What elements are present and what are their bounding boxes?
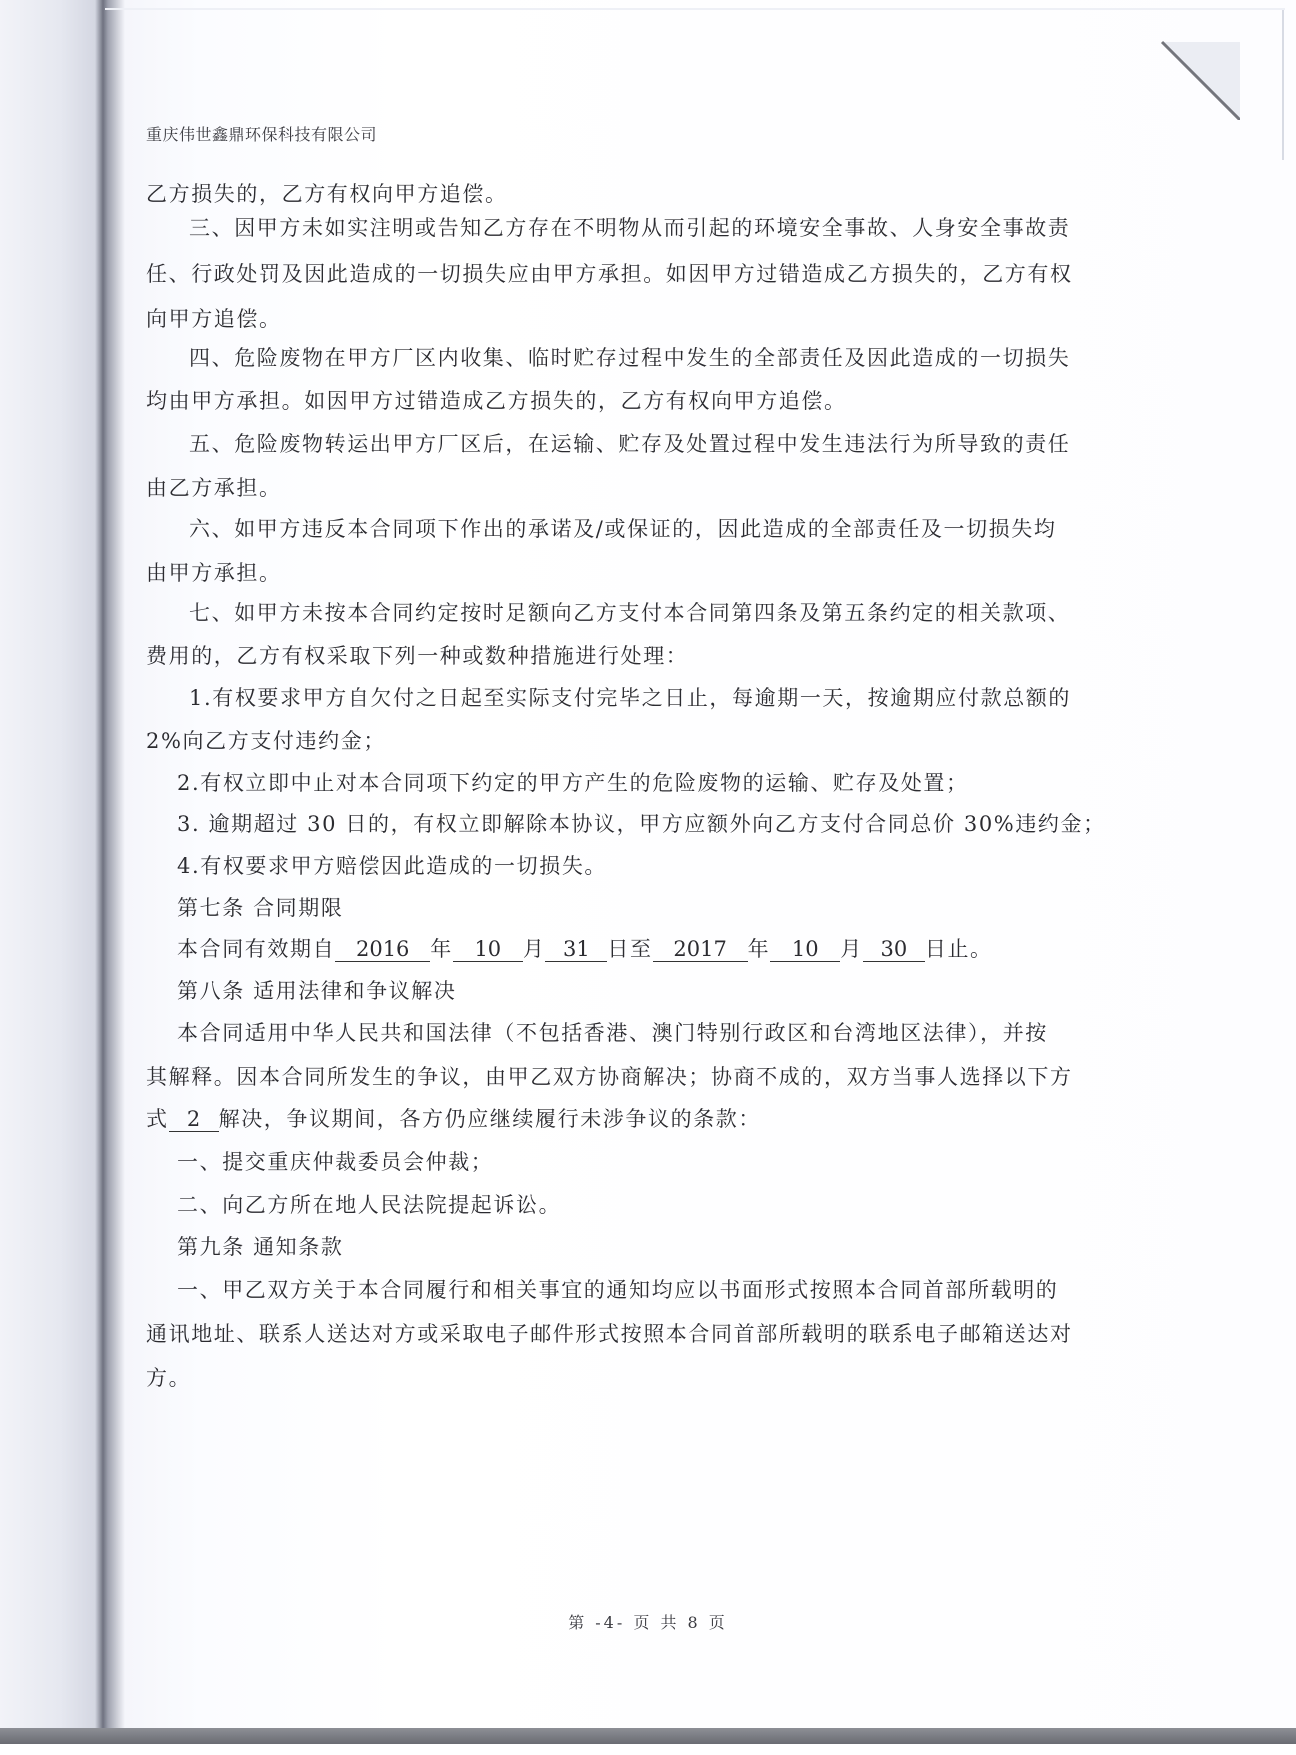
text-line: 通讯地址、联系人送达对方或采取电子邮件形式按照本合同首部所载明的联系电子邮箱送达… [146,1318,1073,1348]
scanner-bottom-edge [0,1728,1296,1744]
contract-term-line: 本合同有效期自2016年10月31日至2017年10月30日止。 [177,933,993,963]
dispute-option-2: 二、向乙方所在地人民法院提起诉讼。 [177,1189,561,1219]
text-line: 本合同适用中华人民共和国法律（不包括香港、澳门特别行政区和台湾地区法律），并按 [177,1017,1048,1047]
text-line: 向甲方追偿。 [146,303,282,333]
term-prefix: 本合同有效期自 [177,937,335,961]
dispute-choice-field: 2 [169,1107,219,1132]
dispute-method-line: 式2解决，争议期间，各方仍应继续履行未涉争议的条款： [146,1103,761,1133]
text-line: 五、危险废物转运出甲方厂区后，在运输、贮存及处置过程中发生违法行为所导致的责任 [189,428,1070,458]
start-month-field: 10 [453,937,523,962]
start-year-field: 2016 [335,937,430,962]
text-line: 均由甲方承担。如因甲方过错造成乙方损失的，乙方有权向甲方追偿。 [146,385,847,415]
text-line: 由乙方承担。 [146,472,282,502]
end-year-field: 2017 [653,937,748,962]
text-line: 任、行政处罚及因此造成的一切损失应由甲方承担。如因甲方过错造成乙方损失的，乙方有… [146,258,1073,288]
company-header: 重庆伟世鑫鼎环保科技有限公司 [146,122,377,145]
text-line: 费用的，乙方有权采取下列一种或数种措施进行处理： [146,640,688,670]
text-line: 2%向乙方支付违约金； [146,725,386,755]
text-line: 其解释。因本合同所发生的争议，由甲乙双方协商解决；协商不成的，双方当事人选择以下… [146,1061,1073,1091]
folded-corner-mark [1160,40,1240,120]
month-label: 月 [523,937,546,961]
term-suffix: 日止。 [925,937,993,961]
text-line: 四、危险废物在甲方厂区内收集、临时贮存过程中发生的全部责任及因此造成的一切损失 [189,342,1070,372]
page-right-edge [1282,10,1284,160]
method-prefix: 式 [146,1107,169,1131]
article-8-title: 第八条 适用法律和争议解决 [177,975,456,1005]
text-line: 三、因甲方未如实注明或告知乙方存在不明物从而引起的环境安全事故、人身安全事故责 [189,212,1070,242]
start-day-field: 31 [545,937,607,962]
text-line: 六、如甲方违反本合同项下作出的承诺及/或保证的，因此造成的全部责任及一切损失均 [189,513,1056,543]
year-label: 年 [748,937,771,961]
text-line: 1.有权要求甲方自欠付之日起至实际支付完毕之日止，每逾期一天，按逾期应付款总额的 [189,682,1071,712]
month-label: 月 [840,937,863,961]
bottom-margin [0,1744,1296,1755]
end-day-field: 30 [863,937,925,962]
text-line: 4.有权要求甲方赔偿因此造成的一切损失。 [177,850,607,880]
method-suffix: 解决，争议期间，各方仍应继续履行未涉争议的条款： [219,1107,761,1131]
page-top-edge [105,8,1285,10]
text-line: 七、如甲方未按本合同约定按时足额向乙方支付本合同第四条及第五条约定的相关款项、 [189,597,1070,627]
article-7-title: 第七条 合同期限 [177,892,343,922]
year-label: 年 [430,937,453,961]
text-line: 一、甲乙双方关于本合同履行和相关事宜的通知均应以书面形式按照本合同首部所载明的 [177,1274,1058,1304]
text-line: 2.有权立即中止对本合同项下约定的甲方产生的危险废物的运输、贮存及处置； [177,767,969,797]
day-to-label: 日至 [607,937,652,961]
text-line: 乙方损失的，乙方有权向甲方追偿。 [146,178,508,208]
end-month-field: 10 [770,937,840,962]
dispute-option-1: 一、提交重庆仲裁委员会仲裁； [177,1146,493,1176]
text-line: 方。 [146,1362,191,1392]
article-9-title: 第九条 通知条款 [177,1231,343,1261]
page-number: 第 -4- 页 共 8 页 [0,1610,1296,1633]
text-line: 3. 逾期超过 30 日的，有权立即解除本协议，甲方应额外向乙方支付合同总价 3… [177,808,1106,838]
text-line: 由甲方承担。 [146,557,282,587]
